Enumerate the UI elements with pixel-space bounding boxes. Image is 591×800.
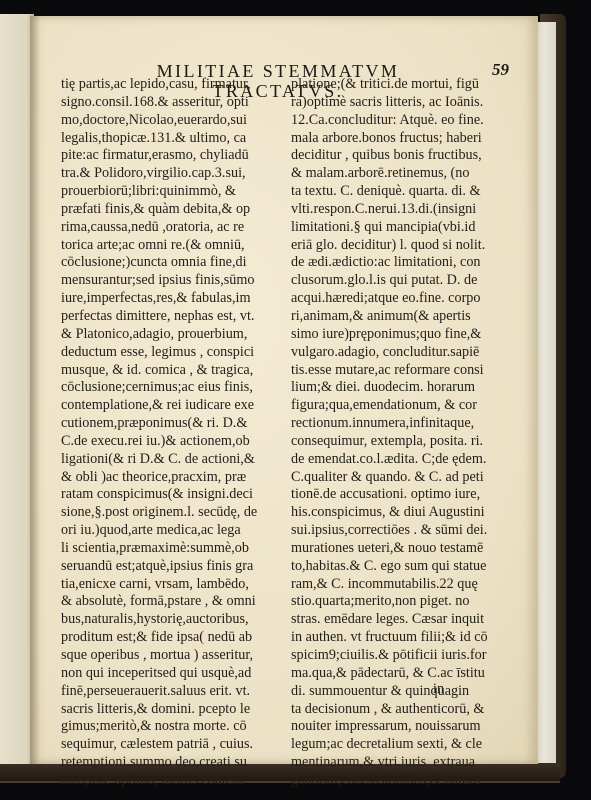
text-line: lium;& diei. duodecim. horarum (291, 379, 523, 397)
text-line: finē,perseuerauerit.saluus erit. vt. (61, 683, 286, 701)
text-line: mala arbore.bonos fructus; haberi (291, 130, 523, 148)
text-line: mensurantur;sed ipsius finis,sūmo (61, 272, 286, 290)
text-line: stras. emēdare leges. Cæsar inquit (291, 611, 523, 629)
text-line: nouiter impressarum, nouissarum (291, 718, 523, 736)
text-line: 12.Ca.concluditur: Atquè. eo fine. (291, 112, 523, 130)
text-line: bus,naturalis,hystorię,auctoribus, (61, 611, 286, 629)
text-line: ram,& C. incommutabilis.22 quę (291, 576, 523, 594)
text-line: rectionum.innumera,infinitaque, (291, 415, 523, 433)
text-line: acqui.hæredi;atque eo.fine. corpo (291, 290, 523, 308)
text-line: perfectas dimittere, nephas est, vt. (61, 308, 286, 326)
text-line: sacris litteris,& domini. pcepto le (61, 701, 286, 719)
text-line: gimus;meritò,& nostra morte. cō (61, 718, 286, 736)
text-line: cōclusione;cernimus;ac eius finis, (61, 379, 286, 397)
text-line: rima,caussa,nedū ,oratoria, ac re (61, 219, 286, 237)
text-line: eriā glo. deciditur) l. quod si nolit. (291, 237, 523, 255)
text-line: legum;ac decretalium sexti, & cle (291, 736, 523, 754)
text-line: tis.esse mutare,ac reformare consi (291, 362, 523, 380)
text-line: limitationi.§ qui mancipia(vbi.id (291, 219, 523, 237)
text-line: mentinarum,& vtri.iuris. extraua (291, 754, 523, 772)
text-column-right: platione;(& tritici.de mortui, figūra)op… (291, 76, 523, 790)
text-line: mus;iure optimo, mortis contem (61, 772, 286, 790)
text-line: simo iure)pręponimus;quo fine,& (291, 326, 523, 344)
text-line: musque, & id. comica , & tragica, (61, 362, 286, 380)
text-line: di. summouentur & quinquagin (291, 683, 523, 701)
text-line: consequimur, extempla, posita. ri. (291, 433, 523, 451)
text-line: vlti.respon.C.nerui.13.di.(insigni (291, 201, 523, 219)
text-line: li scientia,præmaximè:summè,ob (61, 540, 286, 558)
text-line: vulgaro.adagio, concluditur.sapiē (291, 344, 523, 362)
text-line: seruandū est;atquè,ipsius finis gra (61, 558, 286, 576)
text-line: retemptioni.summo deo,creati su (61, 754, 286, 772)
text-line: murationes ueteri,& nouo testamē (291, 540, 523, 558)
text-line: in authen. vt fructuum filii;& id cō (291, 629, 523, 647)
text-line: cutionem,præponimus(& ri. D.& (61, 415, 286, 433)
text-line: tię partis,ac lepido,casu, firmatur, (61, 76, 286, 94)
text-line: contemplatione,& rei iudicare exe (61, 397, 286, 415)
text-line: tionē.de accusationi. optimo iure, (291, 486, 523, 504)
text-line: sione,§.post originem.l. secūdę, de (61, 504, 286, 522)
facing-page-edge (0, 14, 34, 764)
text-line: sequimur, cælestem patriā , cuius. (61, 736, 286, 754)
text-line: mo,doctore,Nicolao,euerardo,sui (61, 112, 286, 130)
text-line: signo.consil.168.& asseritur, opti (61, 94, 286, 112)
text-line: prouerbiorū;libri:quinimmò, & (61, 183, 286, 201)
text-line: spicim9;ciuilis.& pōtificii iuris.for (291, 647, 523, 665)
text-line: iure,imperfectas,res,& fabulas,im (61, 290, 286, 308)
text-line: ori iu.)quod,arte medica,ac lega (61, 522, 286, 540)
text-line: tra.& Polidoro,virgilio.cap.3.sui, (61, 165, 286, 183)
text-line: torica arte;ac omni re.(& omniū, (61, 237, 286, 255)
text-line: & obli )ac theorice,pracxim, præ (61, 469, 286, 487)
text-line: ri,animam,& animum(& apertis (291, 308, 523, 326)
text-line: deciditur , quibus bonis fructibus, (291, 147, 523, 165)
text-line: de emendat.co.l.ædita. C;de ędem. (291, 451, 523, 469)
text-line: platione;(& tritici.de mortui, figū (291, 76, 523, 94)
text-line: C.de execu.rei iu.)& actionem,ob (61, 433, 286, 451)
text-line: ligationi(& ri D.& C. de actioni,& (61, 451, 286, 469)
text-line: deductum esse, legimus , conspici (61, 344, 286, 362)
text-line: gantium,conclusionibus;& natura (291, 772, 523, 790)
text-line: legalis,thopicæ.131.& ultimo, ca (61, 130, 286, 148)
text-line: stio.quarta;merito,non piget. no (291, 593, 523, 611)
text-line: pite:ac firmatur,erasmo, chyliadū (61, 147, 286, 165)
text-line: & malam.arborē.retinemus, (no (291, 165, 523, 183)
page-fore-edge (536, 22, 556, 772)
text-line: ma.qua,& pādectarū, & C.ac īstitu (291, 665, 523, 683)
text-line: cōclusione;)cuncta omnia fine,di (61, 254, 286, 272)
text-line: & Platonico,adagio, prouerbium, (61, 326, 286, 344)
text-line: figura;qua,emendationum, & cor (291, 397, 523, 415)
text-line: proditum est;& fide ipsa( nedū ab (61, 629, 286, 647)
text-line: de ædi.ædictio:ac limitationi, con (291, 254, 523, 272)
text-column-left: tię partis,ac lepido,casu, firmatur,sign… (61, 76, 286, 790)
text-line: ta textu. C. deniquè. quarta. di. & (291, 183, 523, 201)
text-line: & absolutè, formā,pstare , & omni (61, 593, 286, 611)
text-line: to,habitas.& C. ego sum qui statue (291, 558, 523, 576)
text-line: præfati finis,& quàm debita,& op (61, 201, 286, 219)
text-line: his.conspicimus, & diui Augustini (291, 504, 523, 522)
text-line: ra)optimè sacris litteris, ac Ioānis. (291, 94, 523, 112)
catchword: in (433, 681, 444, 698)
text-line: ta decisionum , & authenticorū, & (291, 701, 523, 719)
gutter-shadow (30, 16, 40, 764)
text-line: clusorum.glo.l.is qui putat. D. de (291, 272, 523, 290)
text-line: sque operibus , mortua ) asseritur, (61, 647, 286, 665)
text-line: tia,enicxe carni, vrsam, lambēdo, (61, 576, 286, 594)
text-line: C.qualiter & quando. & C. ad peti (291, 469, 523, 487)
text-line: ratam conspicimus(& insigni.deci (61, 486, 286, 504)
text-line: non qui inceperitsed qui usquè,ad (61, 665, 286, 683)
text-line: sui.ipsius,correctiōes . & sūmi dei. (291, 522, 523, 540)
